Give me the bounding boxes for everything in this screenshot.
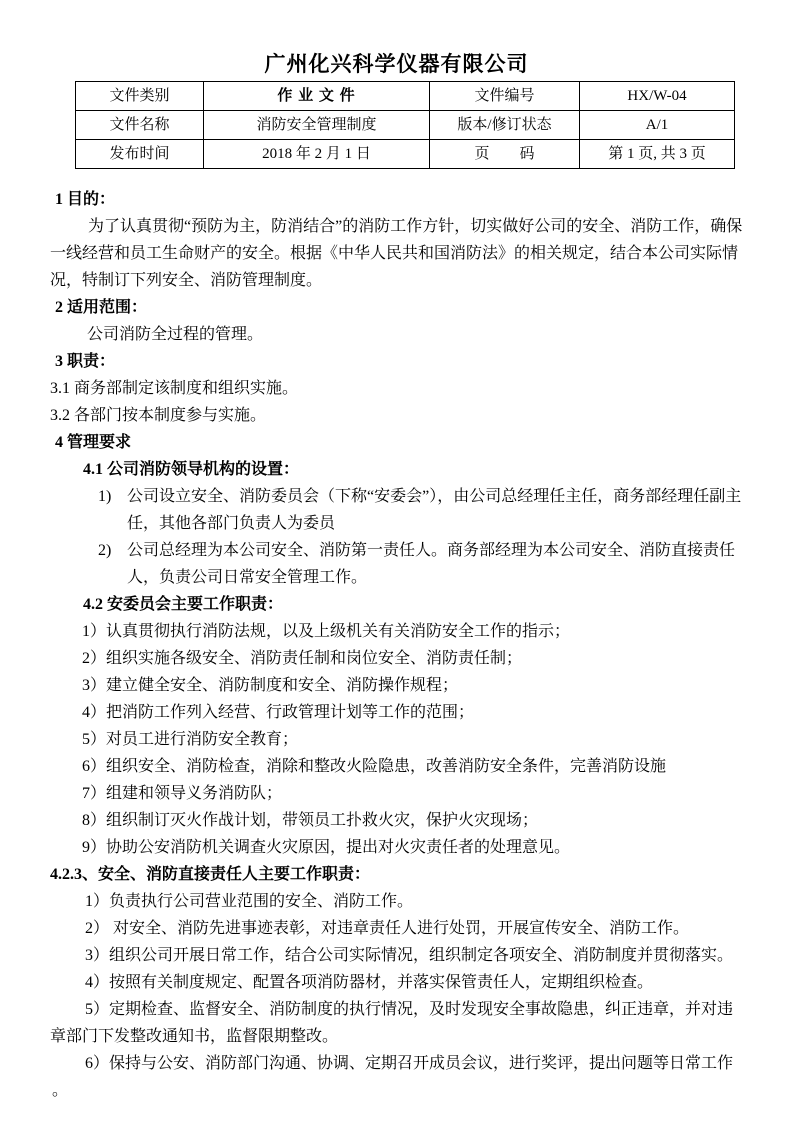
list-item-text: 公司设立安全、消防委员会（下称“安委会”），由公司总经理任主任，商务部经理任副主… — [127, 483, 743, 537]
subsection-heading-4-2-3: 4.2.3、安全、消防直接责任人主要工作职责： — [50, 861, 743, 888]
list-item-number: 1) — [98, 483, 127, 537]
document-body: 1 目的： 为了认真贯彻“预防为主，防消结合”的消防工作方针，切实做好公司的安全… — [50, 186, 743, 1104]
list-item: 1）负责执行公司营业范围的安全、消防工作。 — [50, 888, 743, 915]
file-category-label: 文件类别 — [76, 82, 204, 111]
responsibility-item: 3.2 各部门按本制度参与实施。 — [50, 402, 743, 429]
list-item: 9）协助公安消防机关调查火灾原因，提出对火灾责任者的处理意见。 — [50, 834, 743, 861]
company-title: 广州化兴科学仪器有限公司 — [50, 50, 743, 78]
subsection-heading-4-2: 4.2 安委员会主要工作职责： — [50, 591, 743, 618]
list-item-number: 2) — [98, 537, 127, 591]
trailing-period: 。 — [50, 1077, 743, 1104]
page-number-value: 第 1 页, 共 3 页 — [580, 140, 735, 169]
issue-date-label: 发布时间 — [76, 140, 204, 169]
section-heading-purpose: 1 目的： — [50, 186, 743, 213]
version-status-value: A/1 — [580, 111, 735, 140]
list-item: 1）认真贯彻执行消防法规，以及上级机关有关消防安全工作的指示； — [50, 618, 743, 645]
list-item: 5）定期检查、监督安全、消防制度的执行情况，及时发现安全事故隐患，纠正违章，并对… — [50, 996, 743, 1050]
section-heading-management: 4 管理要求 — [50, 429, 743, 456]
table-row: 文件类别 作 业 文 件 文件编号 HX/W-04 — [76, 82, 735, 111]
doc-info-table: 文件类别 作 业 文 件 文件编号 HX/W-04 文件名称 消防安全管理制度 … — [75, 81, 735, 169]
table-row: 文件名称 消防安全管理制度 版本/修订状态 A/1 — [76, 111, 735, 140]
list-item: 4）按照有关制度规定、配置各项消防器材，并落实保管责任人，定期组织检查。 — [50, 969, 743, 996]
list-item: 2) 公司总经理为本公司安全、消防第一责任人。商务部经理为本公司安全、消防直接责… — [50, 537, 743, 591]
list-item: 3）组织公司开展日常工作，结合公司实际情况，组织制定各项安全、消防制度并贯彻落实… — [50, 942, 743, 969]
list-item: 7）组建和领导义务消防队； — [50, 780, 743, 807]
table-row: 发布时间 2018 年 2 月 1 日 页 码 第 1 页, 共 3 页 — [76, 140, 735, 169]
section-heading-scope: 2 适用范围： — [50, 294, 743, 321]
section-heading-responsibility: 3 职责： — [50, 348, 743, 375]
list-item: 4）把消防工作列入经营、行政管理计划等工作的范围； — [50, 699, 743, 726]
purpose-paragraph: 为了认真贯彻“预防为主，防消结合”的消防工作方针，切实做好公司的安全、消防工作，… — [50, 213, 743, 294]
list-item: 2） 对安全、消防先进事迹表彰，对违章责任人进行处罚，开展宣传安全、消防工作。 — [50, 915, 743, 942]
list-item: 1) 公司设立安全、消防委员会（下称“安委会”），由公司总经理任主任，商务部经理… — [50, 483, 743, 537]
file-category-value: 作 业 文 件 — [204, 82, 430, 111]
version-status-label: 版本/修订状态 — [430, 111, 580, 140]
file-name-label: 文件名称 — [76, 111, 204, 140]
file-number-value: HX/W-04 — [580, 82, 735, 111]
file-name-value: 消防安全管理制度 — [204, 111, 430, 140]
issue-date-value: 2018 年 2 月 1 日 — [204, 140, 430, 169]
subsection-heading-4-1: 4.1 公司消防领导机构的设置： — [50, 456, 743, 483]
list-item: 2）组织实施各级安全、消防责任制和岗位安全、消防责任制； — [50, 645, 743, 672]
list-item: 5）对员工进行消防安全教育； — [50, 726, 743, 753]
file-number-label: 文件编号 — [430, 82, 580, 111]
list-item: 8）组织制订灭火作战计划，带领员工扑救火灾，保护火灾现场； — [50, 807, 743, 834]
list-item-text: 公司总经理为本公司安全、消防第一责任人。商务部经理为本公司安全、消防直接责任人，… — [127, 537, 743, 591]
list-item: 3）建立健全安全、消防制度和安全、消防操作规程； — [50, 672, 743, 699]
list-item: 6）组织安全、消防检查，消除和整改火险隐患，改善消防安全条件，完善消防设施 — [50, 753, 743, 780]
list-item: 6）保持与公安、消防部门沟通、协调、定期召开成员会议，进行奖评，提出问题等日常工… — [50, 1050, 743, 1077]
responsibility-item: 3.1 商务部制定该制度和组织实施。 — [50, 375, 743, 402]
document-page: 广州化兴科学仪器有限公司 文件类别 作 业 文 件 文件编号 HX/W-04 文… — [0, 0, 793, 1122]
page-number-label: 页 码 — [430, 140, 580, 169]
scope-paragraph: 公司消防全过程的管理。 — [50, 321, 743, 348]
